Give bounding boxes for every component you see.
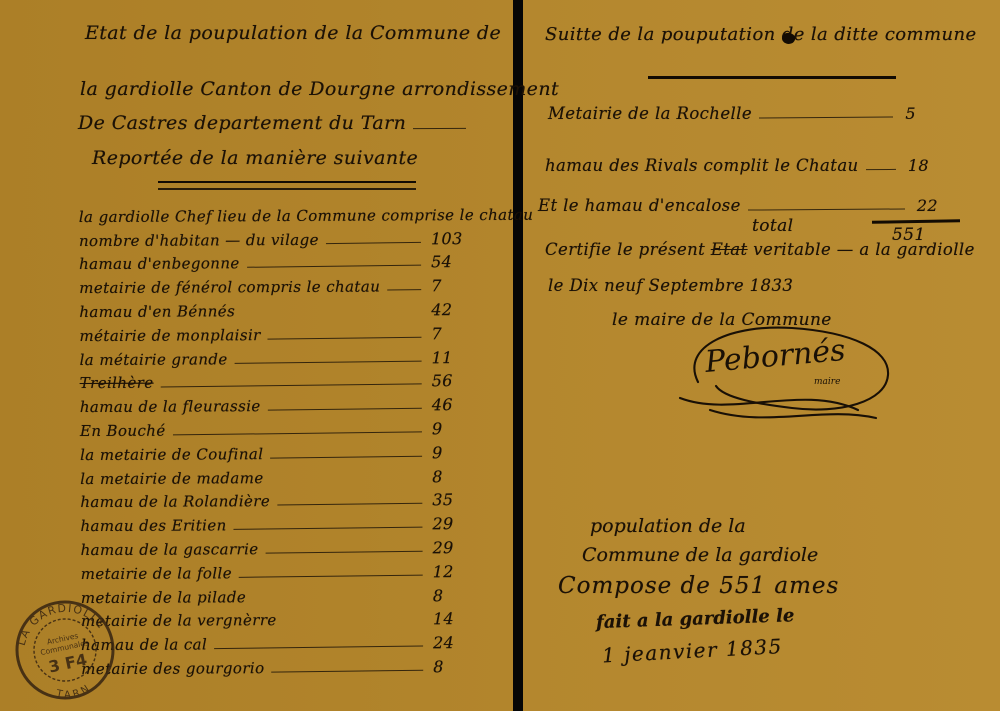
population-value: 11 (428, 348, 480, 367)
place-label: la gardiolle Chef lieu de la Commune com… (79, 205, 534, 225)
line-filler (268, 337, 422, 340)
population-value: 103 (427, 229, 479, 248)
closing-note-line: Commune de la gardiole (582, 541, 888, 570)
census-entry-row: Metairie de la Rochelle5 (548, 104, 916, 123)
census-entry-row: metairie de fénérol compris le chatau7 (79, 271, 479, 297)
place-label: hamau de la fleurassie (80, 397, 261, 416)
census-entry-row: En Bouché9 (80, 414, 480, 440)
line-filler (270, 455, 422, 458)
place-label: hamau de la Rolandière (80, 492, 270, 511)
line-filler (234, 527, 423, 530)
line-filler (387, 289, 421, 290)
stamp-department-name: TARN (52, 681, 95, 703)
line-filler (413, 128, 466, 129)
population-value: 7 (427, 276, 479, 295)
census-entry-row: hamau des Eritien29 (80, 509, 480, 535)
line-filler (272, 670, 424, 673)
line-filler (326, 242, 421, 244)
place-label: En Bouché (80, 422, 166, 440)
census-entry-row: hamau de la gascarrie29 (81, 533, 481, 559)
census-entry-row: metairie des gourgorio8 (81, 652, 481, 678)
document-title-line: Reportée de la manière suivante (92, 147, 404, 169)
line-filler (268, 408, 422, 411)
place-label: Et le hamau d'encalose (538, 196, 741, 215)
certify-post: veritable — a la gardiolle (748, 240, 975, 259)
census-entry-row: hamau des Rivals complit le Chatau18 (545, 156, 929, 175)
place-label: Metairie de la Rochelle (548, 104, 752, 123)
scanned-census-document: Etat de la poupulation de la Commune de … (0, 0, 1000, 711)
line-filler (277, 503, 422, 506)
line-filler (239, 574, 423, 577)
place-label: hamau des Rivals complit le Chatau (545, 156, 859, 175)
line-filler (214, 646, 423, 650)
continuation-title-line: Suitte de la pouputation de la ditte com… (545, 24, 977, 45)
title-text: Etat de la poupulation de la Commune de (85, 22, 501, 44)
title-text: De Castres departement du Tarn (78, 112, 406, 134)
population-value: 35 (428, 490, 480, 509)
document-title-line: Etat de la poupulation de la Commune de (85, 22, 472, 44)
line-filler (866, 169, 896, 170)
census-entry-row: hamau d'en Bénnés42 (79, 295, 479, 321)
certification-date-line: le Dix neuf Septembre 1833 (548, 276, 793, 295)
document-title-line: De Castres departement du Tarn (78, 112, 472, 134)
census-entry-row: la metairie de madame8 (80, 462, 480, 488)
population-value: 46 (428, 395, 480, 414)
population-value: 18 (902, 156, 929, 175)
svg-text:TARN: TARN (52, 681, 95, 703)
place-label: hamau de la gascarrie (81, 540, 259, 559)
certify-struck-word: Etat (711, 240, 748, 259)
place-label: metairie de la folle (81, 564, 232, 583)
line-filler (266, 551, 423, 554)
population-value: 29 (428, 514, 480, 533)
population-value: 7 (427, 324, 479, 343)
place-label: metairie de fénérol compris le chatau (79, 278, 380, 298)
signature-name: Pebornés (703, 333, 847, 380)
line-filler (235, 360, 422, 363)
population-value: 8 (428, 467, 480, 486)
population-value: 22 (911, 196, 938, 215)
line-filler (759, 117, 893, 119)
place-label: la metairie de madame (80, 469, 264, 488)
title-text: Reportée de la manière suivante (92, 147, 418, 169)
title-text: Suitte de la pouputation de la ditte com… (545, 24, 977, 45)
line-filler (173, 431, 422, 435)
population-value: 8 (429, 657, 481, 676)
place-label: Treilhère (80, 374, 154, 392)
place-label: hamau d'en Bénnés (79, 302, 235, 321)
place-label: nombre d'habitan — du vilage (79, 230, 319, 249)
closing-note-line: Compose de 551 ames (558, 570, 888, 603)
population-value: 29 (429, 538, 481, 557)
place-label: la métairie grande (80, 350, 228, 369)
census-entry-row: metairie de la folle12 (81, 557, 481, 583)
census-entry-row: Et le hamau d'encalose22 (538, 196, 938, 215)
signature-note: maire (814, 377, 840, 387)
population-value: 12 (429, 562, 481, 581)
line-filler (161, 384, 422, 388)
line-filler (748, 208, 905, 210)
place-label: la metairie de Coufinal (80, 445, 263, 464)
census-entry-row: hamau de la cal24 (81, 628, 481, 654)
census-entry-row: la gardiolle Chef lieu de la Commune com… (79, 200, 479, 226)
population-value: 9 (428, 443, 480, 462)
place-label: hamau d'enbegonne (79, 255, 240, 274)
census-entry-row: la métairie grande11 (80, 343, 480, 369)
census-entry-row: metairie de la pilade8 (81, 581, 481, 607)
population-value: 14 (429, 609, 481, 628)
census-entry-row: hamau d'enbegonne54 (79, 248, 479, 274)
population-summary-block: population de laCommune de la gardioleCo… (558, 512, 888, 663)
population-value: 54 (427, 252, 479, 271)
certify-pre: Certifie le présent (545, 240, 711, 259)
census-entry-row: la metairie de Coufinal9 (80, 438, 480, 464)
place-label: hamau des Eritien (80, 516, 226, 535)
census-entry-row: Treilhère56 (80, 367, 480, 393)
left-entry-list: la gardiolle Chef lieu de la Commune com… (79, 200, 481, 678)
census-entry-row: métairie de monplaisir7 (79, 319, 479, 345)
signature-flourish-tail (710, 410, 876, 418)
page-divider-bar (513, 0, 523, 711)
closing-note-line: population de la (590, 512, 888, 541)
population-value: 8 (429, 585, 481, 604)
population-value: 24 (429, 633, 481, 652)
line-filler (247, 265, 421, 268)
census-entry-row: metairie de la vergnèrre14 (81, 604, 481, 630)
census-entry-row: nombre d'habitan — du vilage103 (79, 224, 479, 250)
title-underline-rule (648, 76, 896, 79)
population-value: 5 (899, 104, 916, 123)
document-title-line: la gardiolle Canton de Dourgne arrondiss… (80, 78, 482, 100)
total-label: total (752, 216, 793, 236)
certification-line: Certifie le présent Etat veritable — a l… (545, 240, 975, 259)
population-value: 56 (428, 371, 480, 390)
population-value: 42 (427, 300, 479, 319)
mayor-signature: Pebornés maire (662, 320, 902, 422)
census-entry-row: hamau de la Rolandière35 (80, 486, 480, 512)
archive-stamp: LA GARDIOLLE TARN Archives Communales 3 … (12, 597, 118, 703)
title-text: la gardiolle Canton de Dourgne arrondiss… (80, 78, 559, 100)
census-entry-row: hamau de la fleurassie46 (80, 390, 480, 416)
population-value: 9 (428, 419, 480, 438)
place-label: métairie de monplaisir (79, 326, 260, 345)
header-underline-rule (158, 181, 416, 190)
